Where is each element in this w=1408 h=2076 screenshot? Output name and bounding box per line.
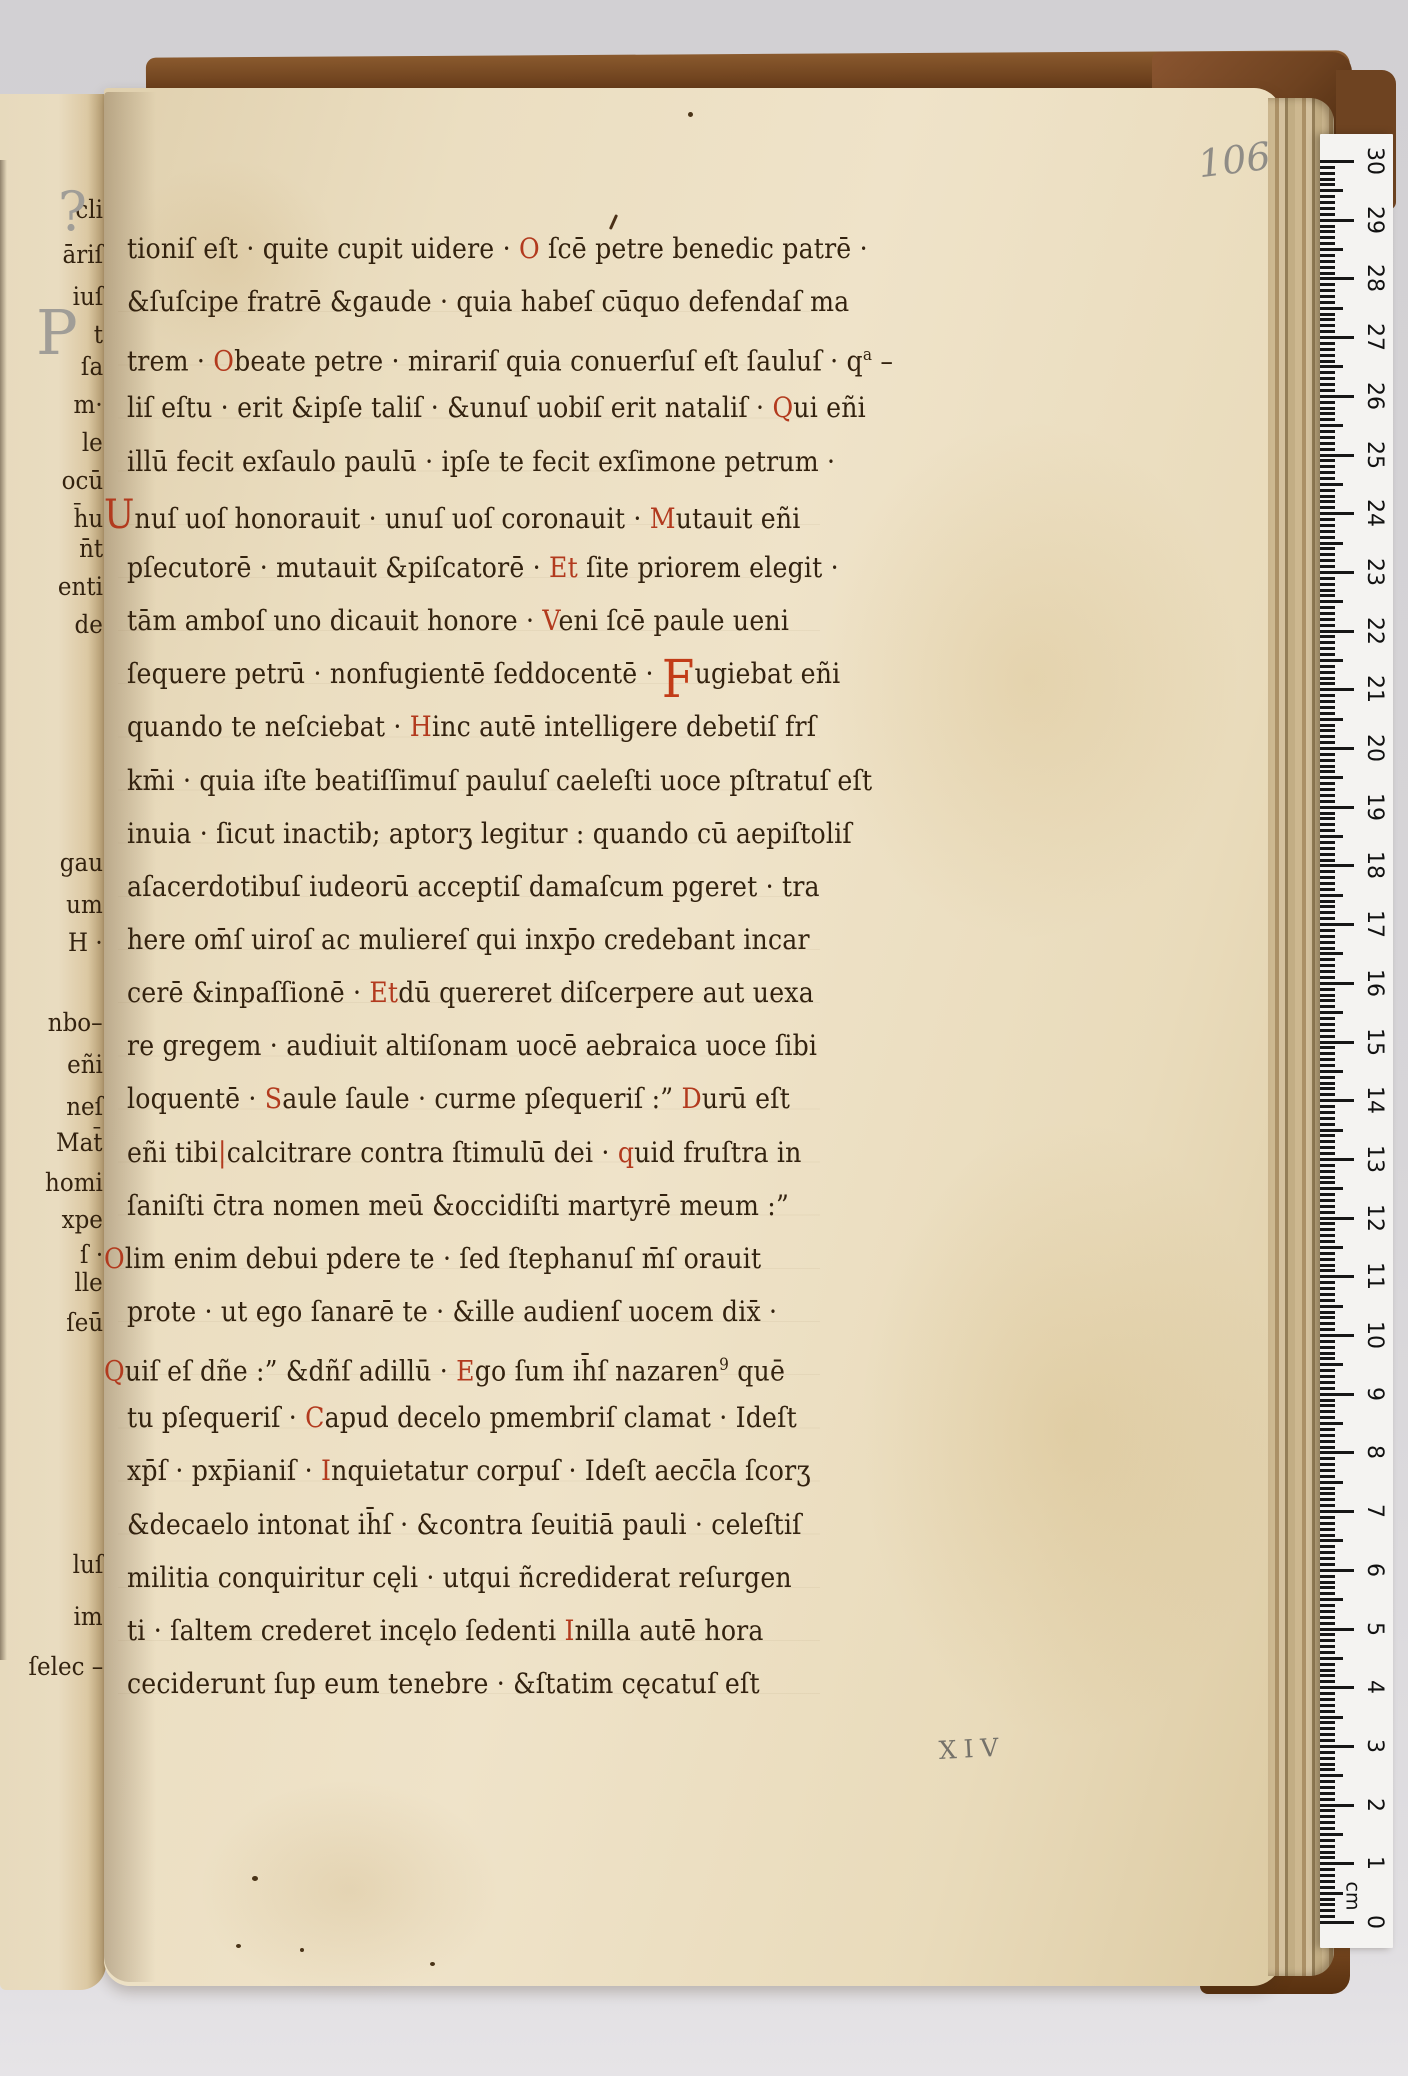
ink-text: uid fruſtra in: [634, 1136, 801, 1169]
ink-text: tu pſequeriſ ·: [127, 1401, 305, 1434]
rubric-text: q: [618, 1136, 634, 1169]
rubric-text: E: [456, 1354, 475, 1387]
manuscript-line: tioniſ eſt · quite cupit uidere · O ſcē …: [127, 232, 868, 266]
manuscript-line: ti · ſaltem crederet incęlo ſedenti Inil…: [127, 1614, 764, 1648]
ink-text: apud decelo pmembriſ clamat · Ideſt: [325, 1401, 797, 1434]
ink-text: go ſum ih̄ſ nazaren: [475, 1354, 719, 1387]
rubric-text: H: [410, 710, 432, 743]
ink-text: nilla autē hora: [575, 1614, 764, 1647]
ink-text: ui eñi: [793, 391, 866, 424]
ink-text: re gregem · audiuit altiſonam uocē aebra…: [127, 1029, 817, 1062]
ink-text: &decaelo intonat ih̄ſ · &contra ſeuitiā …: [127, 1508, 802, 1541]
ink-text: ceciderunt ſup eum tenebre · &ſtatim cęc…: [127, 1667, 760, 1700]
ink-text: aule ſaule · curme pſequeriſ :”: [282, 1082, 681, 1115]
manuscript-line: tu pſequeriſ · Capud decelo pmembriſ cla…: [127, 1401, 797, 1435]
rubric-text: F: [662, 650, 695, 710]
manuscript-line: illū fecit exſaulo paulū · ipſe te fecit…: [127, 445, 835, 479]
manuscript-line: liſ eſtu · erit &ipſe taliſ · &unuſ uobi…: [127, 391, 866, 425]
rubric-text: Et: [549, 551, 578, 584]
rubric-text: O: [519, 232, 540, 265]
ink-text: illū fecit exſaulo paulū · ipſe te fecit…: [127, 445, 835, 478]
manuscript-line: loquentē · Saule ſaule · curme pſequeriſ…: [127, 1082, 790, 1116]
manuscript-line: km̄i · quia iſte beatiſſimuſ pauluſ cael…: [127, 764, 872, 798]
ink-speck: [236, 1944, 241, 1948]
rubric-text: I: [321, 1454, 331, 1487]
ink-text: ſequere petrū · nonfugientē ſeddocentē ·: [127, 657, 662, 690]
rubric-text: |: [218, 1136, 227, 1169]
ink-text: trem ·: [127, 345, 213, 378]
ink-text: &ſuſcipe fratrē &gaude · quia habeſ cūqu…: [127, 285, 849, 318]
manuscript-line: prote · ut ego ſanarē te · &ille audienſ…: [127, 1295, 777, 1329]
rubric-text: Q: [772, 391, 793, 424]
manuscript-line: quando te neſciebat · Hinc autē intellig…: [127, 710, 816, 744]
ink-text: dū quereret diſcerpere aut uexa: [398, 976, 814, 1009]
ink-text: nuſ uoſ honorauit · unuſ uoſ coronauit ·: [135, 502, 650, 535]
quire-mark: XIV: [938, 1731, 1006, 1768]
manuscript-line: aſacerdotibuſ iudeorū acceptiſ damaſcum …: [127, 870, 820, 904]
ink-text: –: [872, 345, 893, 378]
rubric-text: O: [213, 345, 234, 378]
manuscript-line: &decaelo intonat ih̄ſ · &contra ſeuitiā …: [127, 1508, 802, 1542]
manuscript-line: inuia · ſicut inactib; aptorʒ legitur : …: [127, 817, 852, 851]
rubric-text: O: [104, 1242, 125, 1275]
ink-text: ti · ſaltem crederet incęlo ſedenti: [127, 1614, 565, 1647]
ink-text: uiſ eſ dñe :” &dñſ adillū ·: [125, 1354, 456, 1387]
ink-text: ſcē petre benedic patrē ·: [540, 232, 868, 265]
rubric-text: Q: [104, 1354, 125, 1387]
ink-text: liſ eſtu · erit &ipſe taliſ · &unuſ uobi…: [127, 391, 772, 424]
ink-text: inuia · ſicut inactib; aptorʒ legitur : …: [127, 817, 852, 850]
ink-text: loquentē ·: [127, 1082, 265, 1115]
ink-text: here om̄ſ uiroſ ac muliereſ qui inxp̄o c…: [127, 923, 810, 956]
manuscript-line: Unuſ uoſ honorauit · unuſ uoſ coronauit …: [104, 498, 801, 536]
rubric-text: D: [682, 1082, 702, 1115]
manuscript-line: Olim enim debui pdere te · ſed ſtephanuſ…: [104, 1242, 761, 1276]
rubric-text: a: [863, 345, 872, 365]
manuscript-line: re gregem · audiuit altiſonam uocē aebra…: [127, 1029, 817, 1063]
rubric-text: I: [565, 1614, 575, 1647]
manuscript-line: trem · Obeate petre · mirariſ quia conue…: [127, 338, 893, 378]
ink-text: calcitrare contra ſtimulū dei ·: [227, 1136, 618, 1169]
ink-text: ugiebat eñi: [695, 657, 841, 690]
ink-text: lim enim debui pdere te · ſed ſtephanuſ …: [125, 1242, 761, 1275]
manuscript-line: Quiſ eſ dñe :” &dñſ adillū · Ego ſum ih̄…: [104, 1348, 785, 1388]
ink-text: tioniſ eſt · quite cupit uidere ·: [127, 232, 519, 265]
manuscript-line: ſaniſti c̄tra nomen meū &occidiſti marty…: [127, 1189, 789, 1223]
manuscript-line: here om̄ſ uiroſ ac muliereſ qui inxp̄o c…: [127, 923, 810, 957]
ink-speck: [252, 1876, 258, 1881]
manuscript-line: &ſuſcipe fratrē &gaude · quia habeſ cūqu…: [127, 285, 849, 319]
manuscript-line: pſecutorē · mutauit &piſcatorē · Et ſite…: [127, 551, 839, 585]
ink-text: cerē &inpaſſionē ·: [127, 976, 369, 1009]
ink-text: urū eſt: [702, 1082, 790, 1115]
rubric-text: S: [265, 1082, 282, 1115]
ink-text: aſacerdotibuſ iudeorū acceptiſ damaſcum …: [127, 870, 820, 903]
ink-text: eñi tibi: [127, 1136, 218, 1169]
manuscript-text-block: tioniſ eſt · quite cupit uidere · O ſcē …: [0, 0, 1408, 2076]
manuscript-line: cerē &inpaſſionē · Etdū quereret diſcerp…: [127, 976, 814, 1010]
manuscript-line: militia conquiritur cęli · utqui ñcredid…: [127, 1561, 792, 1595]
ink-speck: [300, 1948, 304, 1952]
ink-text: inc autē intelligere debetiſ frſ: [432, 710, 816, 743]
rubric-text: 9: [719, 1355, 729, 1375]
ink-speck: [688, 112, 693, 117]
manuscript-photo: { "photo": { "page_number": "106", "quir…: [0, 0, 1408, 2076]
ink-text: utauit eñi: [676, 502, 801, 535]
ink-text: militia conquiritur cęli · utqui ñcredid…: [127, 1561, 792, 1594]
rubric-text: Et: [369, 976, 398, 1009]
rubric-text: M: [650, 502, 676, 535]
ink-speck: [430, 1962, 435, 1966]
manuscript-line: xp̄ſ · pxp̄ianiſ · Inquietatur corpuſ · …: [127, 1454, 811, 1488]
ink-text: eni ſcē paule ueni: [558, 604, 789, 637]
ink-text: km̄i · quia iſte beatiſſimuſ pauluſ cael…: [127, 764, 872, 797]
rubric-text: U: [104, 492, 135, 538]
ink-text: ſite priorem elegit ·: [578, 551, 839, 584]
ink-text: xp̄ſ · pxp̄ianiſ ·: [127, 1454, 321, 1487]
manuscript-line: ſequere petrū · nonfugientē ſeddocentē ·…: [127, 657, 840, 694]
ink-text: quando te neſciebat ·: [127, 710, 410, 743]
manuscript-line: eñi tibi|calcitrare contra ſtimulū dei ·…: [127, 1136, 802, 1170]
ink-text: nquietatur corpuſ · Ideſt aecc̄la ſcorʒ: [331, 1454, 811, 1487]
manuscript-line: tām amboſ uno dicauit honore · Veni ſcē …: [127, 604, 789, 638]
ink-text: quē: [729, 1354, 785, 1387]
rubric-text: V: [542, 604, 558, 637]
ink-text: pſecutorē · mutauit &piſcatorē ·: [127, 551, 549, 584]
ink-text: ſaniſti c̄tra nomen meū &occidiſti marty…: [127, 1189, 789, 1222]
ink-text: prote · ut ego ſanarē te · &ille audienſ…: [127, 1295, 777, 1328]
rubric-text: C: [305, 1401, 324, 1434]
ink-text: tām amboſ uno dicauit honore ·: [127, 604, 542, 637]
manuscript-line: ceciderunt ſup eum tenebre · &ſtatim cęc…: [127, 1667, 760, 1701]
page-number: 106: [1196, 134, 1273, 187]
ink-text: beate petre · mirariſ quia conuerſuſ eſt…: [234, 345, 863, 378]
